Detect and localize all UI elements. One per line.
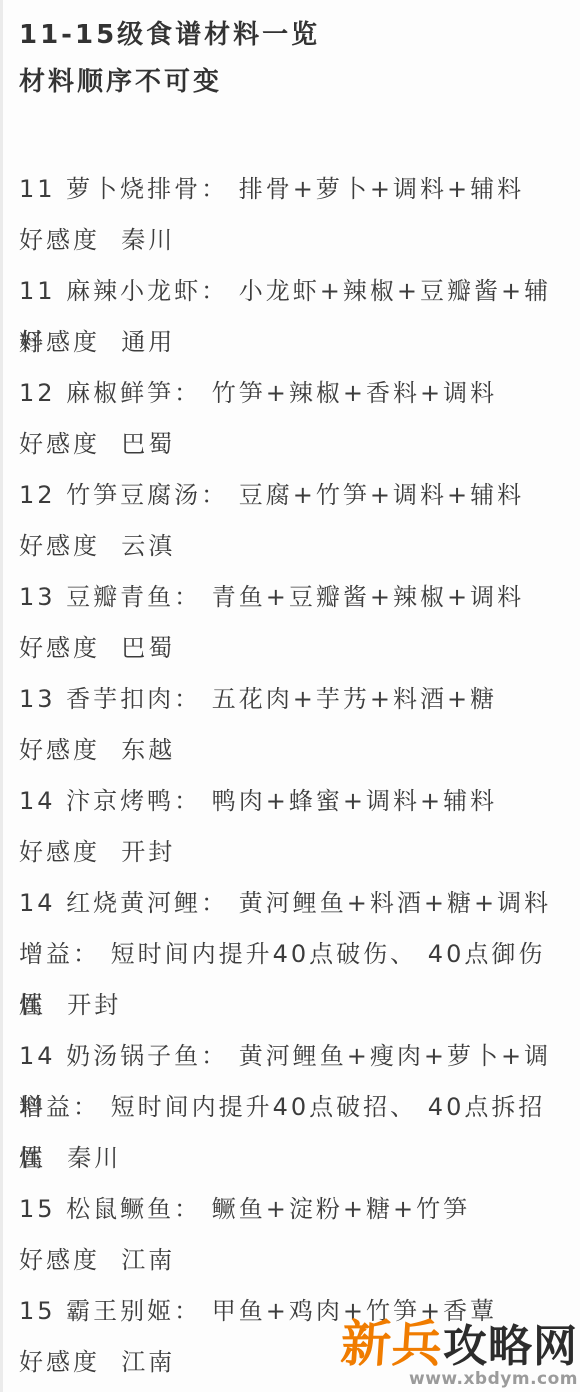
recipe-entry-line: 12 竹笋豆腐汤： 豆腐+竹笋+调料+辅料 bbox=[19, 470, 566, 521]
recipe-buff-line-2: 性 秦川 bbox=[19, 1133, 566, 1184]
recipe-item: 13 豆瓣青鱼： 青鱼+豆瓣酱+辣椒+调料 好感度 巴蜀 bbox=[19, 572, 566, 674]
watermark-url: www.xbdym.com bbox=[341, 1371, 578, 1392]
watermark-brand: 新兵 攻略网 bbox=[341, 1319, 578, 1369]
recipe-entry-line: 11 萝卜烧排骨： 排骨+萝卜+调料+辅料 bbox=[19, 164, 566, 215]
recipe-favor-line: 好感度 东越 bbox=[19, 725, 566, 776]
recipe-entry-line: 11 麻辣小龙虾： 小龙虾+辣椒+豆瓣酱+辅料 bbox=[19, 266, 566, 317]
recipe-favor-line: 好感度 通用 bbox=[19, 317, 566, 368]
heading-note: 材料顺序不可变 bbox=[19, 59, 566, 106]
heading-title: 11-15级食谱材料一览 bbox=[19, 12, 566, 59]
recipe-favor-line: 好感度 巴蜀 bbox=[19, 623, 566, 674]
watermark-brand-left: 新兵 bbox=[339, 1319, 444, 1369]
recipe-guide-article: 11-15级食谱材料一览 材料顺序不可变 11 萝卜烧排骨： 排骨+萝卜+调料+… bbox=[3, 0, 580, 1388]
recipe-entry-line: 14 奶汤锅子鱼： 黄河鲤鱼+瘦肉+萝卜+调料 bbox=[19, 1031, 566, 1082]
recipe-favor-line: 好感度 巴蜀 bbox=[19, 419, 566, 470]
recipe-entry-line: 14 汴京烤鸭： 鸭肉+蜂蜜+调料+辅料 bbox=[19, 776, 566, 827]
recipe-entry-line: 13 香芋扣肉： 五花肉+芋艿+料酒+糖 bbox=[19, 674, 566, 725]
recipe-entry-line: 12 麻椒鲜笋： 竹笋+辣椒+香料+调料 bbox=[19, 368, 566, 419]
recipe-item: 14 奶汤锅子鱼： 黄河鲤鱼+瘦肉+萝卜+调料 增益： 短时间内提升40点破招、… bbox=[19, 1031, 566, 1184]
recipe-item: 11 麻辣小龙虾： 小龙虾+辣椒+豆瓣酱+辅料 好感度 通用 bbox=[19, 266, 566, 368]
recipe-buff-line-1: 增益： 短时间内提升40点破招、 40点拆招属 bbox=[19, 1082, 566, 1133]
recipe-list: 11 萝卜烧排骨： 排骨+萝卜+调料+辅料 好感度 秦川 11 麻辣小龙虾： 小… bbox=[19, 164, 566, 1388]
recipe-buff-line-2: 性 开封 bbox=[19, 980, 566, 1031]
recipe-item: 14 汴京烤鸭： 鸭肉+蜂蜜+调料+辅料 好感度 开封 bbox=[19, 776, 566, 878]
recipe-favor-line: 好感度 江南 bbox=[19, 1235, 566, 1286]
recipe-item: 11 萝卜烧排骨： 排骨+萝卜+调料+辅料 好感度 秦川 bbox=[19, 164, 566, 266]
recipe-entry-line: 15 松鼠鳜鱼： 鳜鱼+淀粉+糖+竹笋 bbox=[19, 1184, 566, 1235]
recipe-item: 14 红烧黄河鲤： 黄河鲤鱼+料酒+糖+调料 增益： 短时间内提升40点破伤、 … bbox=[19, 878, 566, 1031]
recipe-item: 12 竹笋豆腐汤： 豆腐+竹笋+调料+辅料 好感度 云滇 bbox=[19, 470, 566, 572]
recipe-entry-line: 14 红烧黄河鲤： 黄河鲤鱼+料酒+糖+调料 bbox=[19, 878, 566, 929]
watermark-logo: 新兵 攻略网 www.xbdym.com bbox=[341, 1319, 578, 1392]
recipe-item: 13 香芋扣肉： 五花肉+芋艿+料酒+糖 好感度 东越 bbox=[19, 674, 566, 776]
recipe-entry-line: 13 豆瓣青鱼： 青鱼+豆瓣酱+辣椒+调料 bbox=[19, 572, 566, 623]
recipe-favor-line: 好感度 秦川 bbox=[19, 215, 566, 266]
recipe-favor-line: 好感度 开封 bbox=[19, 827, 566, 878]
recipe-buff-line-1: 增益： 短时间内提升40点破伤、 40点御伤属 bbox=[19, 929, 566, 980]
guide-heading: 11-15级食谱材料一览 材料顺序不可变 bbox=[19, 12, 566, 106]
recipe-item: 12 麻椒鲜笋： 竹笋+辣椒+香料+调料 好感度 巴蜀 bbox=[19, 368, 566, 470]
page: 11-15级食谱材料一览 材料顺序不可变 11 萝卜烧排骨： 排骨+萝卜+调料+… bbox=[0, 0, 580, 1392]
recipe-item: 15 松鼠鳜鱼： 鳜鱼+淀粉+糖+竹笋 好感度 江南 bbox=[19, 1184, 566, 1286]
recipe-favor-line: 好感度 云滇 bbox=[19, 521, 566, 572]
watermark-brand-right: 攻略网 bbox=[443, 1325, 578, 1369]
